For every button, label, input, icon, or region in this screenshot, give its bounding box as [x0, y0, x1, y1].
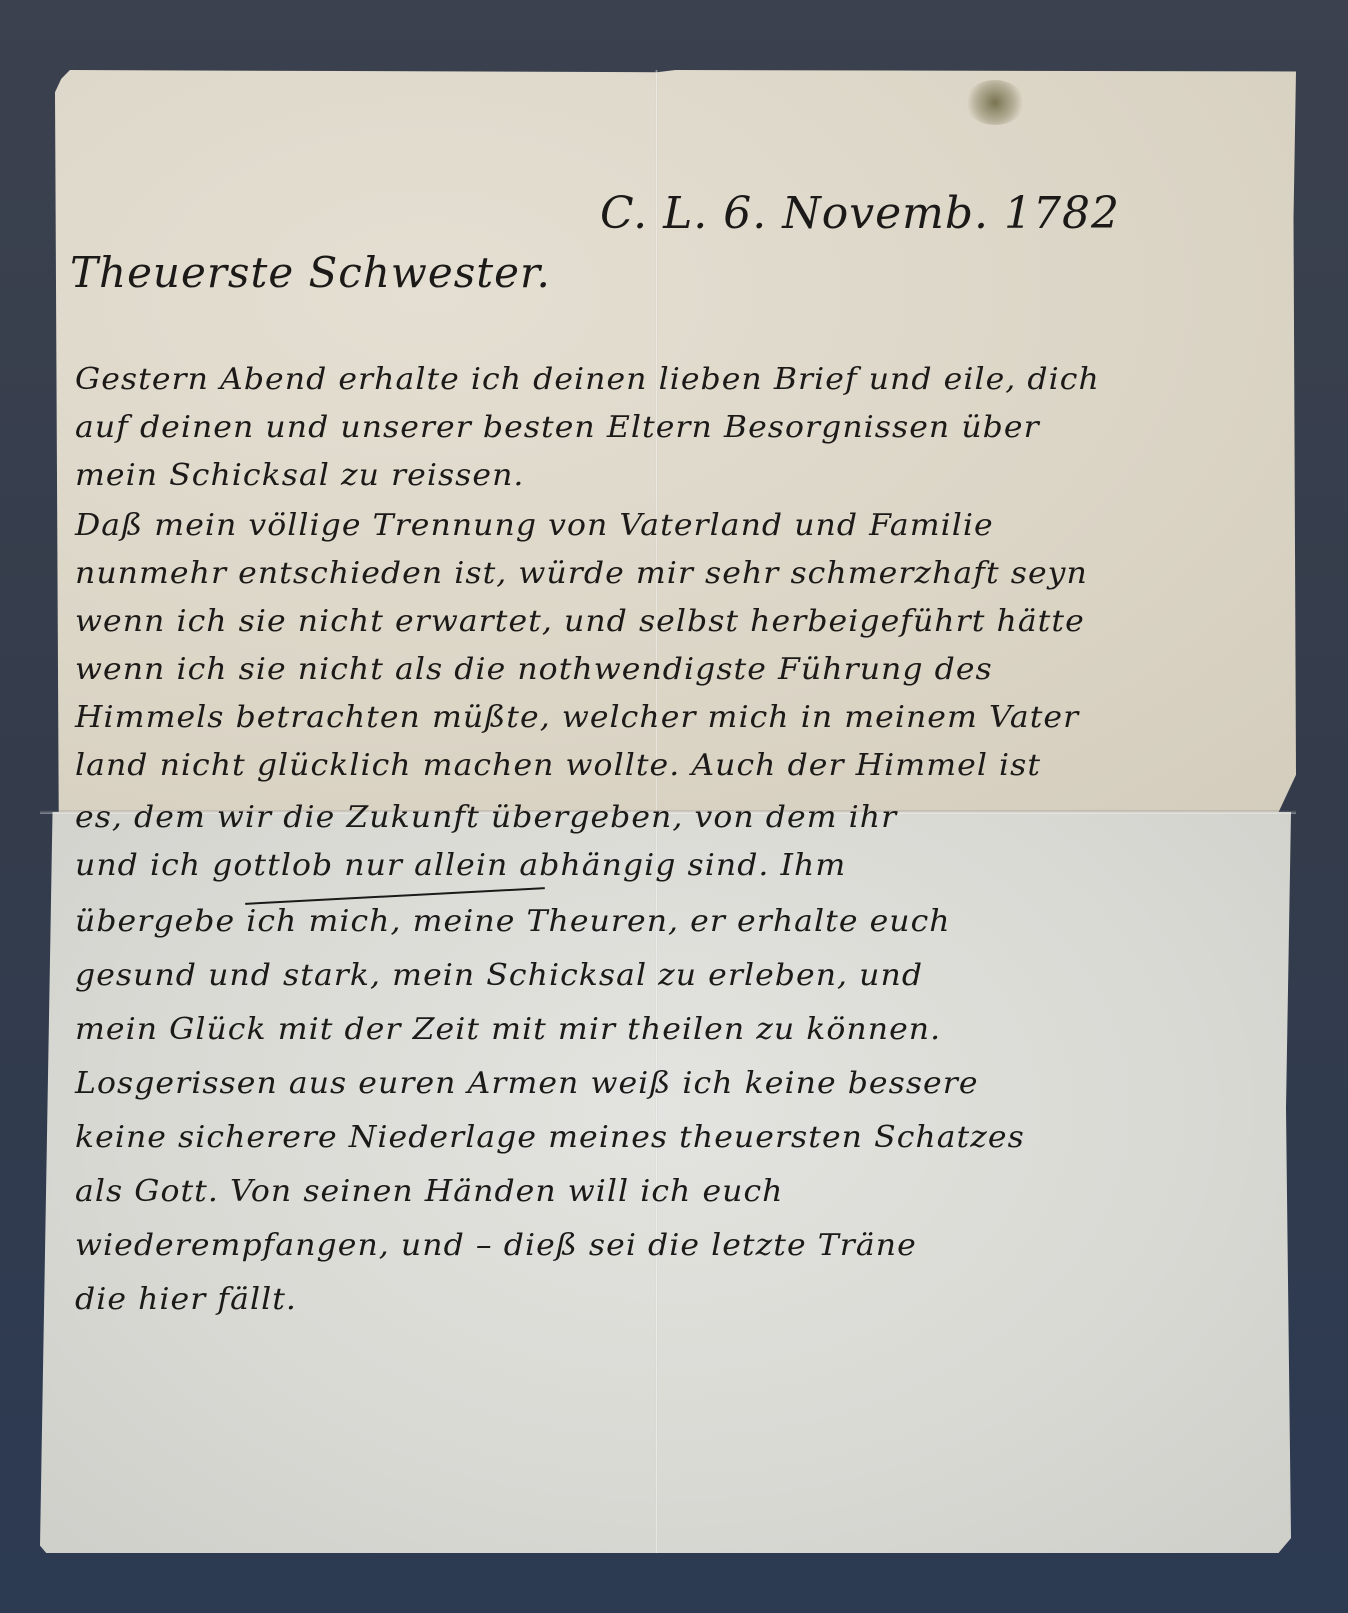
letter-line: wiederempfangen, und – dieß sei die letz… — [75, 1228, 917, 1263]
letter-line: auf deinen und unserer besten Eltern Bes… — [75, 410, 1040, 445]
letter-line: es, dem wir die Zukunft übergeben, von d… — [75, 800, 897, 835]
letter-line: keine sicherere Niederlage meines theuer… — [75, 1120, 1025, 1155]
letter-line: nunmehr entschieden ist, würde mir sehr … — [75, 556, 1088, 591]
letter-line: Himmels betrachten müßte, welcher mich i… — [75, 700, 1079, 735]
letter-line: land nicht glücklich machen wollte. Auch… — [75, 748, 1041, 783]
ink-stain — [965, 80, 1025, 125]
letter-line: wenn ich sie nicht als die nothwendigste… — [75, 652, 993, 687]
letter-line: Gestern Abend erhalte ich deinen lieben … — [75, 362, 1100, 397]
letter-line: Daß mein völlige Trennung von Vaterland … — [75, 508, 994, 543]
letter-line: gesund und stark, mein Schicksal zu erle… — [75, 958, 923, 993]
date-line: C. L. 6. Novemb. 1782 — [600, 188, 1120, 239]
letter-line: und ich gottlob nur allein abhängig sind… — [75, 848, 846, 883]
letter-line: Losgerissen aus euren Armen weiß ich kei… — [75, 1066, 979, 1101]
letter-line: übergebe ich mich, meine Theuren, er erh… — [75, 904, 951, 939]
letter-line: mein Schicksal zu reissen. — [75, 458, 524, 493]
letter-line: mein Glück mit der Zeit mit mir theilen … — [75, 1012, 941, 1047]
letter-line: wenn ich sie nicht erwartet, und selbst … — [75, 604, 1085, 639]
salutation: Theuerste Schwester. — [70, 248, 551, 297]
letter-line: die hier fällt. — [75, 1282, 297, 1317]
letter-line: als Gott. Von seinen Händen will ich euc… — [75, 1174, 784, 1209]
